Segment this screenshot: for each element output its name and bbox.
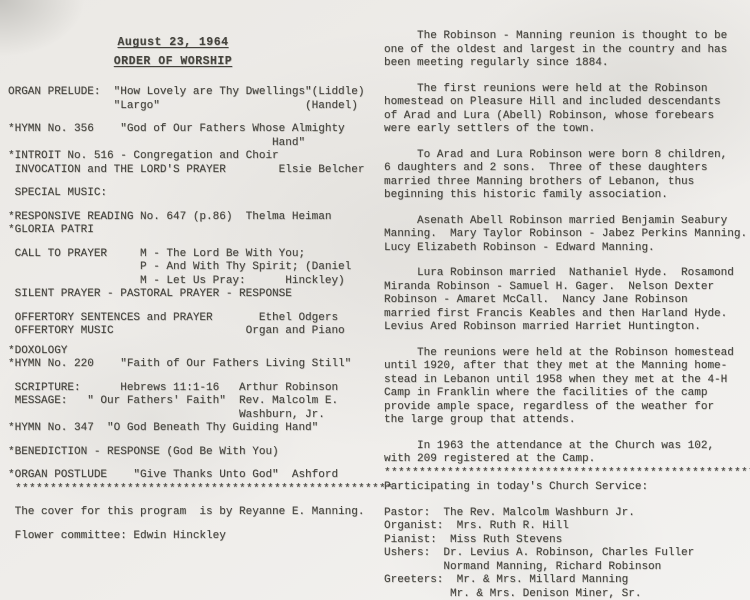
program-line-let-us-pray: M - Let Us Pray: Hinckley) bbox=[8, 275, 374, 289]
program-line-introit: *INTROIT No. 516 - Congregation and Choi… bbox=[8, 150, 374, 164]
program-line-organ-prelude: ORGAN PRELUDE: "How Lovely are Thy Dwell… bbox=[8, 86, 374, 100]
program-line-message-cont: Washburn, Jr. bbox=[8, 409, 374, 423]
program-line-hymn-356: *HYMN No. 356 "God of Our Fathers Whose … bbox=[8, 123, 374, 137]
service-participants: Pastor: The Rev. Malcolm Washburn Jr. Or… bbox=[384, 507, 746, 600]
service-line-ushers-cont: Normand Manning, Richard Robinson bbox=[384, 561, 746, 575]
program-line-hymn-347: *HYMN No. 347 "O God Beneath Thy Guiding… bbox=[8, 422, 374, 436]
scanned-church-program-page: August 23, 1964 ORDER OF WORSHIP ORGAN P… bbox=[0, 0, 750, 600]
spacer bbox=[8, 496, 374, 506]
service-line-greeters: Greeters: Mr. & Mrs. Millard Manning bbox=[384, 574, 746, 588]
asterisk-divider-right: ****************************************… bbox=[384, 467, 746, 481]
program-line-silent-prayer: SILENT PRAYER - PASTORAL PRAYER - RESPON… bbox=[8, 288, 374, 302]
program-line-offertory-sentences: OFFERTORY SENTENCES and PRAYER Ethel Odg… bbox=[8, 312, 374, 326]
paragraph-reunion-intro: The Robinson - Manning reunion is though… bbox=[384, 30, 746, 71]
program-line-message: MESSAGE: " Our Fathers' Faith" Rev. Malc… bbox=[8, 395, 374, 409]
program-line-largo: "Largo" (Handel) bbox=[8, 100, 374, 114]
service-line-pastor: Pastor: The Rev. Malcolm Washburn Jr. bbox=[384, 507, 746, 521]
reunion-history-column: The Robinson - Manning reunion is though… bbox=[384, 30, 746, 600]
spacer bbox=[8, 372, 374, 382]
program-line-responsive-reading: *RESPONSIVE READING No. 647 (p.86) Thelm… bbox=[8, 211, 374, 225]
service-heading: Participating in today's Church Service: bbox=[384, 481, 746, 495]
asterisk-divider-left: ****************************************… bbox=[8, 483, 374, 497]
spacer bbox=[8, 238, 374, 248]
paragraph-marriages-1: Asenath Abell Robinson married Benjamin … bbox=[384, 215, 746, 256]
spacer bbox=[8, 201, 374, 211]
program-line-offertory-music: OFFERTORY MUSIC Organ and Piano bbox=[8, 325, 374, 339]
program-line-benediction: *BENEDICTION - RESPONSE (God Be With You… bbox=[8, 446, 374, 460]
program-date: August 23, 1964 bbox=[8, 35, 338, 51]
program-line-flower-committee: Flower committee: Edwin Hinckley bbox=[8, 530, 374, 544]
spacer bbox=[8, 302, 374, 312]
program-line-call-to-prayer: CALL TO PRAYER M - The Lord Be With You; bbox=[8, 248, 374, 262]
spacer bbox=[8, 520, 374, 530]
spacer bbox=[8, 113, 374, 123]
program-line-hymn-220: *HYMN No. 220 "Faith of Our Fathers Livi… bbox=[8, 358, 374, 372]
program-line-call-response: P - And With Thy Spirit; (Daniel bbox=[8, 261, 374, 275]
program-line-gloria-patri: *GLORIA PATRI bbox=[8, 224, 374, 238]
program-title: ORDER OF WORSHIP bbox=[8, 54, 338, 70]
program-line-invocation: INVOCATION and THE LORD'S PRAYER Elsie B… bbox=[8, 164, 374, 178]
service-line-ushers: Ushers: Dr. Levius A. Robinson, Charles … bbox=[384, 547, 746, 561]
service-line-pianist: Pianist: Miss Ruth Stevens bbox=[384, 534, 746, 548]
program-line-special-music: SPECIAL MUSIC: bbox=[8, 187, 374, 201]
program-line-cover-credit: The cover for this program is by Reyanne… bbox=[8, 506, 374, 520]
service-line-organist: Organist: Mrs. Ruth R. Hill bbox=[384, 520, 746, 534]
program-line-scripture: SCRIPTURE: Hebrews 11:1-16 Arthur Robins… bbox=[8, 382, 374, 396]
program-header: August 23, 1964 ORDER OF WORSHIP bbox=[8, 32, 338, 70]
paragraph-attendance: In 1963 the attendance at the Church was… bbox=[384, 440, 746, 467]
spacer bbox=[8, 436, 374, 446]
order-of-worship-column: August 23, 1964 ORDER OF WORSHIP ORGAN P… bbox=[8, 32, 374, 543]
paragraph-marriages-2: Lura Robinson married Nathaniel Hyde. Ro… bbox=[384, 267, 746, 335]
service-line-greeters-cont: Mr. & Mrs. Denison Miner, Sr. bbox=[384, 588, 746, 600]
program-line-doxology: *DOXOLOGY bbox=[8, 345, 374, 359]
program-line-hymn-356-cont: Hand" bbox=[8, 137, 374, 151]
paragraph-reunion-locations: The reunions were held at the Robinson h… bbox=[384, 347, 746, 428]
paragraph-children: To Arad and Lura Robinson were born 8 ch… bbox=[384, 149, 746, 203]
spacer bbox=[8, 177, 374, 187]
paragraph-first-reunions: The first reunions were held at the Robi… bbox=[384, 83, 746, 137]
spacer bbox=[8, 459, 374, 469]
program-line-organ-postlude: *ORGAN POSTLUDE "Give Thanks Unto God" A… bbox=[8, 469, 374, 483]
